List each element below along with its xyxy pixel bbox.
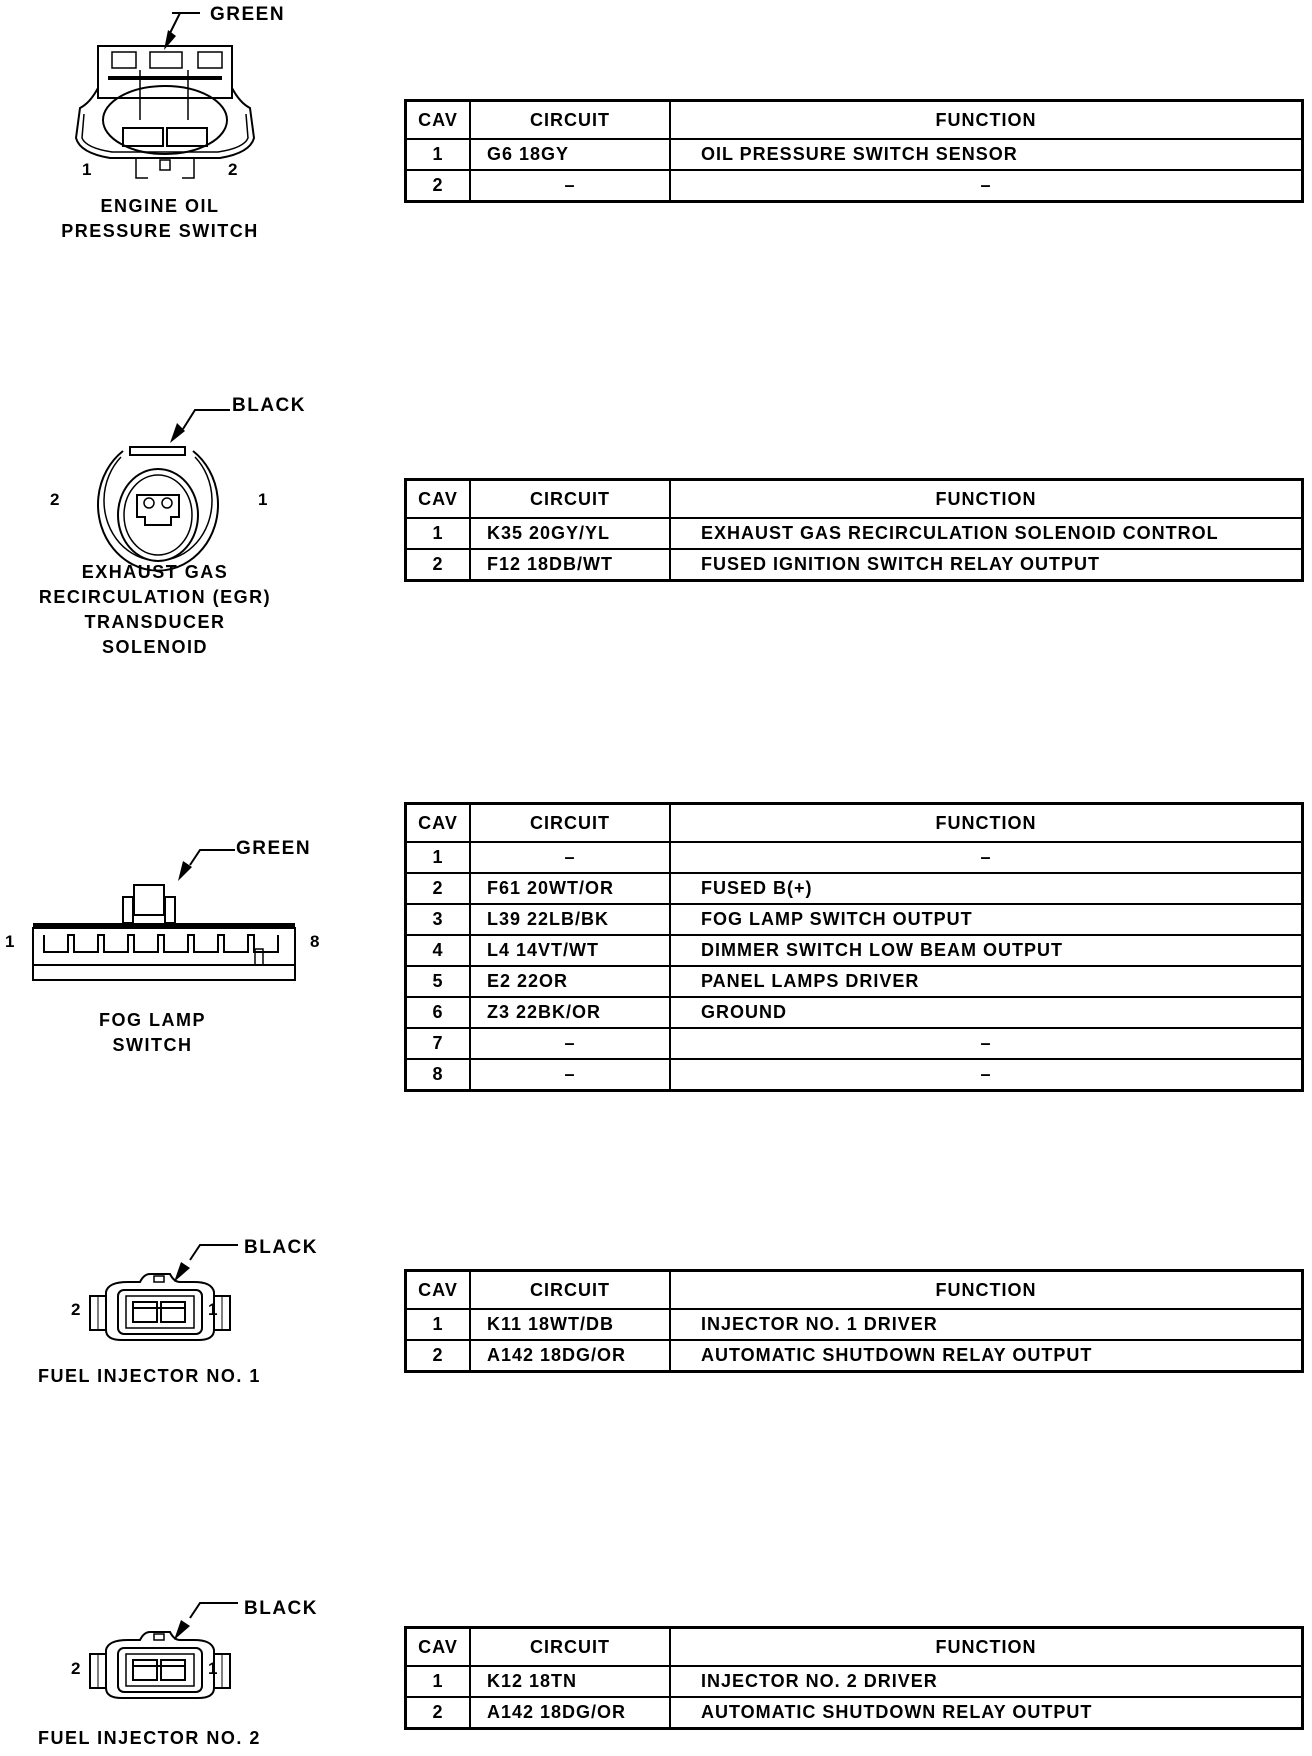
cell-cav: 1	[406, 139, 471, 170]
cell-function: EXHAUST GAS RECIRCULATION SOLENOID CONTR…	[670, 518, 1303, 549]
connector-name-line: SWITCH	[10, 1033, 295, 1058]
pin-label-right: 1	[208, 1659, 217, 1679]
connector-name-line: EXHAUST GAS	[10, 560, 300, 585]
cell-circuit: –	[470, 170, 670, 202]
pin-label-left: 2	[71, 1659, 80, 1679]
housing-color-label: BLACK	[244, 1598, 318, 1620]
cell-function: –	[670, 842, 1303, 873]
header-circuit: CIRCUIT	[470, 1271, 670, 1310]
cell-function: OIL PRESSURE SWITCH SENSOR	[670, 139, 1303, 170]
pinout-table: CAV CIRCUIT FUNCTION 1––2F61 20WT/ORFUSE…	[404, 802, 1304, 1092]
connector-name: EXHAUST GAS RECIRCULATION (EGR) TRANSDUC…	[10, 560, 300, 660]
cell-cav: 4	[406, 935, 471, 966]
connector-diagram	[30, 845, 300, 995]
connector-name: FUEL INJECTOR NO. 2	[38, 1726, 261, 1751]
cell-circuit: K11 18WT/DB	[470, 1309, 670, 1340]
header-function: FUNCTION	[670, 101, 1303, 140]
header-circuit: CIRCUIT	[470, 480, 670, 519]
cell-cav: 1	[406, 518, 471, 549]
pin-label-left: 2	[50, 490, 59, 510]
cell-function: GROUND	[670, 997, 1303, 1028]
cell-cav: 5	[406, 966, 471, 997]
cell-cav: 1	[406, 1666, 471, 1697]
cell-cav: 2	[406, 170, 471, 202]
cell-function: –	[670, 170, 1303, 202]
cell-cav: 8	[406, 1059, 471, 1091]
cell-function: INJECTOR NO. 2 DRIVER	[670, 1666, 1303, 1697]
table-row: 2A142 18DG/ORAUTOMATIC SHUTDOWN RELAY OU…	[406, 1340, 1303, 1372]
connector-name-line: RECIRCULATION (EGR)	[10, 585, 300, 610]
pinout-table: CAV CIRCUIT FUNCTION 1K12 18TNINJECTOR N…	[404, 1626, 1304, 1730]
connector-name-line: FUEL INJECTOR NO. 1	[38, 1364, 261, 1389]
header-cav: CAV	[406, 480, 471, 519]
pinout-table: CAV CIRCUIT FUNCTION 1K11 18WT/DBINJECTO…	[404, 1269, 1304, 1373]
cell-circuit: L4 14VT/WT	[470, 935, 670, 966]
cell-cav: 6	[406, 997, 471, 1028]
cell-cav: 3	[406, 904, 471, 935]
header-circuit: CIRCUIT	[470, 804, 670, 843]
cell-function: AUTOMATIC SHUTDOWN RELAY OUTPUT	[670, 1340, 1303, 1372]
cell-cav: 7	[406, 1028, 471, 1059]
pin-label-left: 1	[82, 160, 91, 180]
table-header-row: CAV CIRCUIT FUNCTION	[406, 1271, 1303, 1310]
pin-label-right: 1	[208, 1300, 217, 1320]
cell-function: INJECTOR NO. 1 DRIVER	[670, 1309, 1303, 1340]
cell-circuit: Z3 22BK/OR	[470, 997, 670, 1028]
header-function: FUNCTION	[670, 1271, 1303, 1310]
header-cav: CAV	[406, 1628, 471, 1667]
table-row: 2A142 18DG/ORAUTOMATIC SHUTDOWN RELAY OU…	[406, 1697, 1303, 1729]
header-circuit: CIRCUIT	[470, 101, 670, 140]
header-cav: CAV	[406, 1271, 471, 1310]
pin-label-left: 1	[5, 932, 14, 952]
housing-color-label: BLACK	[232, 395, 306, 417]
connector-diagram	[85, 405, 235, 555]
pinout-table: CAV CIRCUIT FUNCTION 1G6 18GYOIL PRESSUR…	[404, 99, 1304, 203]
cell-function: FUSED IGNITION SWITCH RELAY OUTPUT	[670, 549, 1303, 581]
table-row: 8––	[406, 1059, 1303, 1091]
table-header-row: CAV CIRCUIT FUNCTION	[406, 804, 1303, 843]
pinout-table: CAV CIRCUIT FUNCTION 1K35 20GY/YLEXHAUST…	[404, 478, 1304, 582]
pin-label-right: 1	[258, 490, 267, 510]
cell-circuit: A142 18DG/OR	[470, 1697, 670, 1729]
connector-diagram	[88, 1240, 248, 1340]
table-row: 2F12 18DB/WTFUSED IGNITION SWITCH RELAY …	[406, 549, 1303, 581]
cell-function: PANEL LAMPS DRIVER	[670, 966, 1303, 997]
pin-label-right: 2	[228, 160, 237, 180]
cell-cav: 1	[406, 842, 471, 873]
connector-fog-lamp-switch-icon	[30, 845, 300, 995]
connector-name-line: ENGINE OIL	[20, 194, 300, 219]
table-header-row: CAV CIRCUIT FUNCTION	[406, 1628, 1303, 1667]
cell-circuit: F12 18DB/WT	[470, 549, 670, 581]
cell-circuit: G6 18GY	[470, 139, 670, 170]
cell-cav: 2	[406, 1340, 471, 1372]
cell-cav: 2	[406, 1697, 471, 1729]
table-row: 1K12 18TNINJECTOR NO. 2 DRIVER	[406, 1666, 1303, 1697]
table-row: 2F61 20WT/ORFUSED B(+)	[406, 873, 1303, 904]
header-cav: CAV	[406, 101, 471, 140]
cell-function: –	[670, 1028, 1303, 1059]
table-row: 4L4 14VT/WTDIMMER SWITCH LOW BEAM OUTPUT	[406, 935, 1303, 966]
header-cav: CAV	[406, 804, 471, 843]
cell-circuit: –	[470, 1059, 670, 1091]
table-row: 6Z3 22BK/ORGROUND	[406, 997, 1303, 1028]
table-header-row: CAV CIRCUIT FUNCTION	[406, 101, 1303, 140]
housing-color-label: BLACK	[244, 1237, 318, 1259]
cell-circuit: –	[470, 842, 670, 873]
cell-circuit: –	[470, 1028, 670, 1059]
connector-fuel-injector-1-icon	[88, 1240, 248, 1340]
housing-color-label: GREEN	[236, 838, 311, 860]
table-row: 7––	[406, 1028, 1303, 1059]
cell-function: AUTOMATIC SHUTDOWN RELAY OUTPUT	[670, 1697, 1303, 1729]
connector-name: ENGINE OIL PRESSURE SWITCH	[20, 194, 300, 244]
cell-circuit: K12 18TN	[470, 1666, 670, 1697]
connector-name: FOG LAMP SWITCH	[10, 1008, 295, 1058]
cell-function: –	[670, 1059, 1303, 1091]
header-circuit: CIRCUIT	[470, 1628, 670, 1667]
cell-circuit: E2 22OR	[470, 966, 670, 997]
cell-circuit: A142 18DG/OR	[470, 1340, 670, 1372]
table-row: 1G6 18GYOIL PRESSURE SWITCH SENSOR	[406, 139, 1303, 170]
connector-name-line: SOLENOID	[10, 635, 300, 660]
pin-label-right: 8	[310, 932, 319, 952]
cell-circuit: L39 22LB/BK	[470, 904, 670, 935]
table-row: 5E2 22ORPANEL LAMPS DRIVER	[406, 966, 1303, 997]
connector-name-line: FUEL INJECTOR NO. 2	[38, 1726, 261, 1751]
cell-cav: 2	[406, 549, 471, 581]
pin-label-left: 2	[71, 1300, 80, 1320]
cell-function: DIMMER SWITCH LOW BEAM OUTPUT	[670, 935, 1303, 966]
table-row: 2––	[406, 170, 1303, 202]
header-function: FUNCTION	[670, 1628, 1303, 1667]
cell-function: FOG LAMP SWITCH OUTPUT	[670, 904, 1303, 935]
cell-cav: 1	[406, 1309, 471, 1340]
cell-function: FUSED B(+)	[670, 873, 1303, 904]
connector-diagram	[88, 1598, 248, 1698]
connector-name: FUEL INJECTOR NO. 1	[38, 1364, 261, 1389]
connector-egr-solenoid-icon	[85, 405, 235, 555]
cell-cav: 2	[406, 873, 471, 904]
table-row: 1K11 18WT/DBINJECTOR NO. 1 DRIVER	[406, 1309, 1303, 1340]
cell-circuit: K35 20GY/YL	[470, 518, 670, 549]
connector-name-line: PRESSURE SWITCH	[20, 219, 300, 244]
header-function: FUNCTION	[670, 804, 1303, 843]
table-row: 1K35 20GY/YLEXHAUST GAS RECIRCULATION SO…	[406, 518, 1303, 549]
table-row: 3L39 22LB/BKFOG LAMP SWITCH OUTPUT	[406, 904, 1303, 935]
connector-name-line: TRANSDUCER	[10, 610, 300, 635]
cell-circuit: F61 20WT/OR	[470, 873, 670, 904]
connector-fuel-injector-2-icon	[88, 1598, 248, 1698]
header-function: FUNCTION	[670, 480, 1303, 519]
housing-color-label: GREEN	[210, 4, 285, 26]
connector-name-line: FOG LAMP	[10, 1008, 295, 1033]
table-row: 1––	[406, 842, 1303, 873]
table-header-row: CAV CIRCUIT FUNCTION	[406, 480, 1303, 519]
